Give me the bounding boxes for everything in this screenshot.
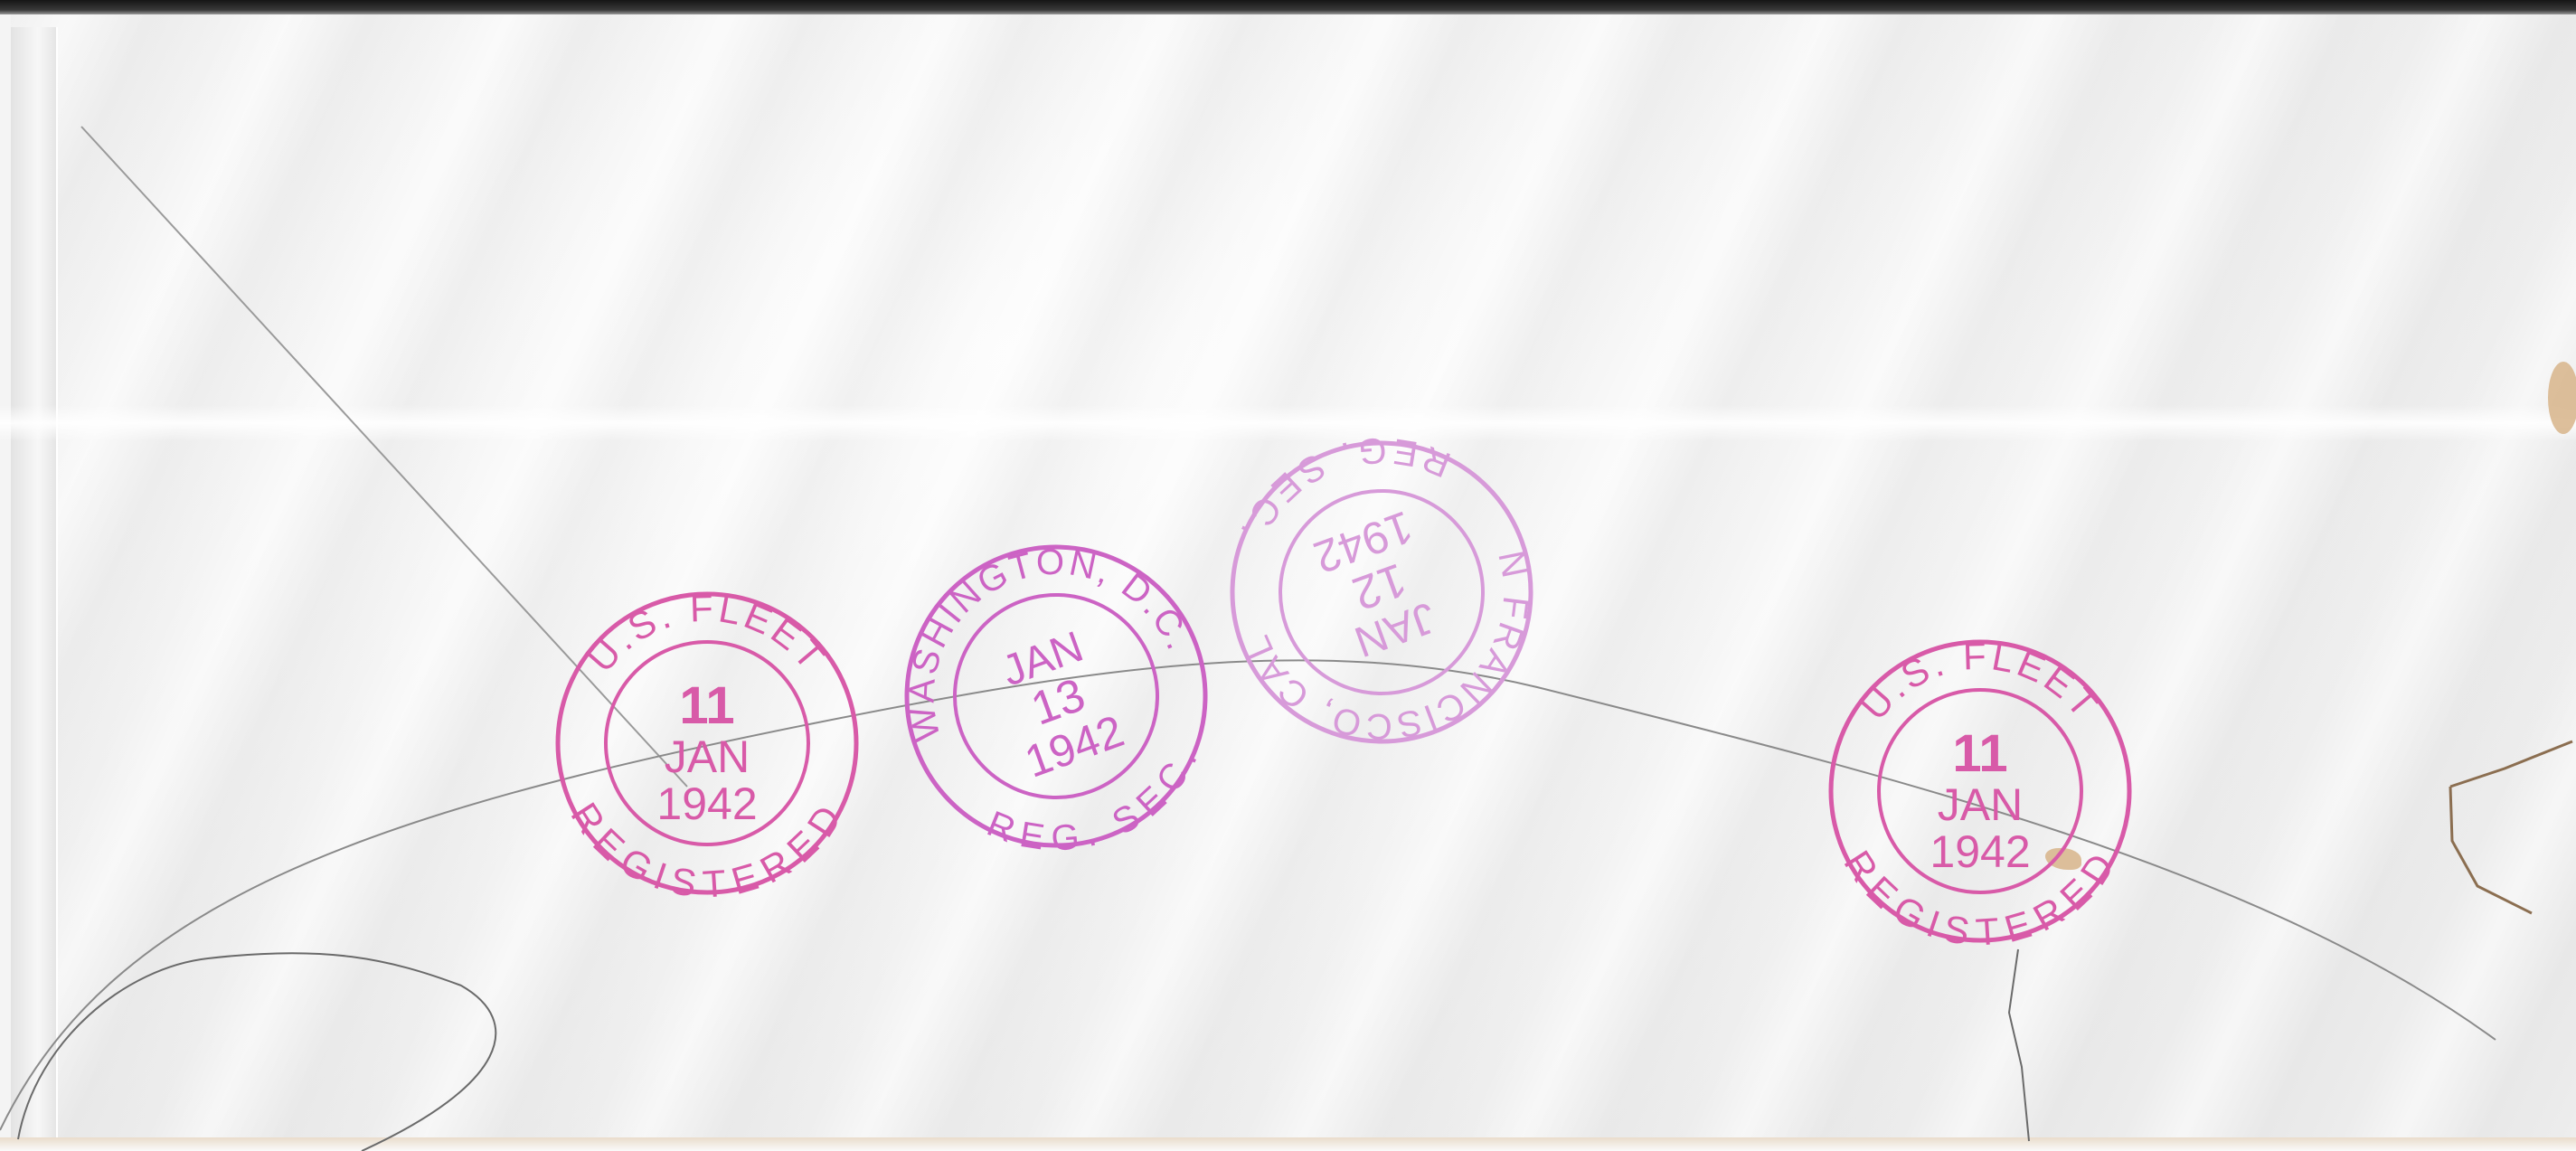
svg-text:U.S. FLEET: U.S. FLEET bbox=[580, 587, 835, 680]
svg-text:JAN: JAN bbox=[1938, 779, 2023, 830]
postmarks-layer: U.S. FLEET REGISTERED 11 JAN 1942 WASHIN… bbox=[0, 0, 2576, 1151]
svg-text:WASHINGTON, D.C.: WASHINGTON, D.C. bbox=[858, 498, 1201, 750]
postmark-us-fleet-2: U.S. FLEET REGISTERED 11 JAN 1942 bbox=[1831, 635, 2129, 954]
svg-text:11: 11 bbox=[1952, 724, 2007, 783]
postmark-washington: WASHINGTON, D.C. REG. SEC. JAN 13 1942 bbox=[858, 498, 1256, 901]
svg-text:SAN FRANCISCO, CALIF.: SAN FRANCISCO, CALIF. bbox=[1234, 532, 1580, 789]
postmark-us-fleet-1: U.S. FLEET REGISTERED 11 JAN 1942 bbox=[558, 587, 856, 906]
svg-text:U.S. FLEET: U.S. FLEET bbox=[1853, 635, 2109, 728]
postmark-san-francisco: SAN FRANCISCO, CALIF. REG. SEC. JAN 12 1… bbox=[1182, 387, 1580, 789]
svg-text:JAN: JAN bbox=[665, 731, 750, 782]
svg-text:11: 11 bbox=[679, 676, 734, 735]
svg-text:1942: 1942 bbox=[656, 778, 757, 829]
svg-text:1942: 1942 bbox=[1930, 826, 2030, 877]
